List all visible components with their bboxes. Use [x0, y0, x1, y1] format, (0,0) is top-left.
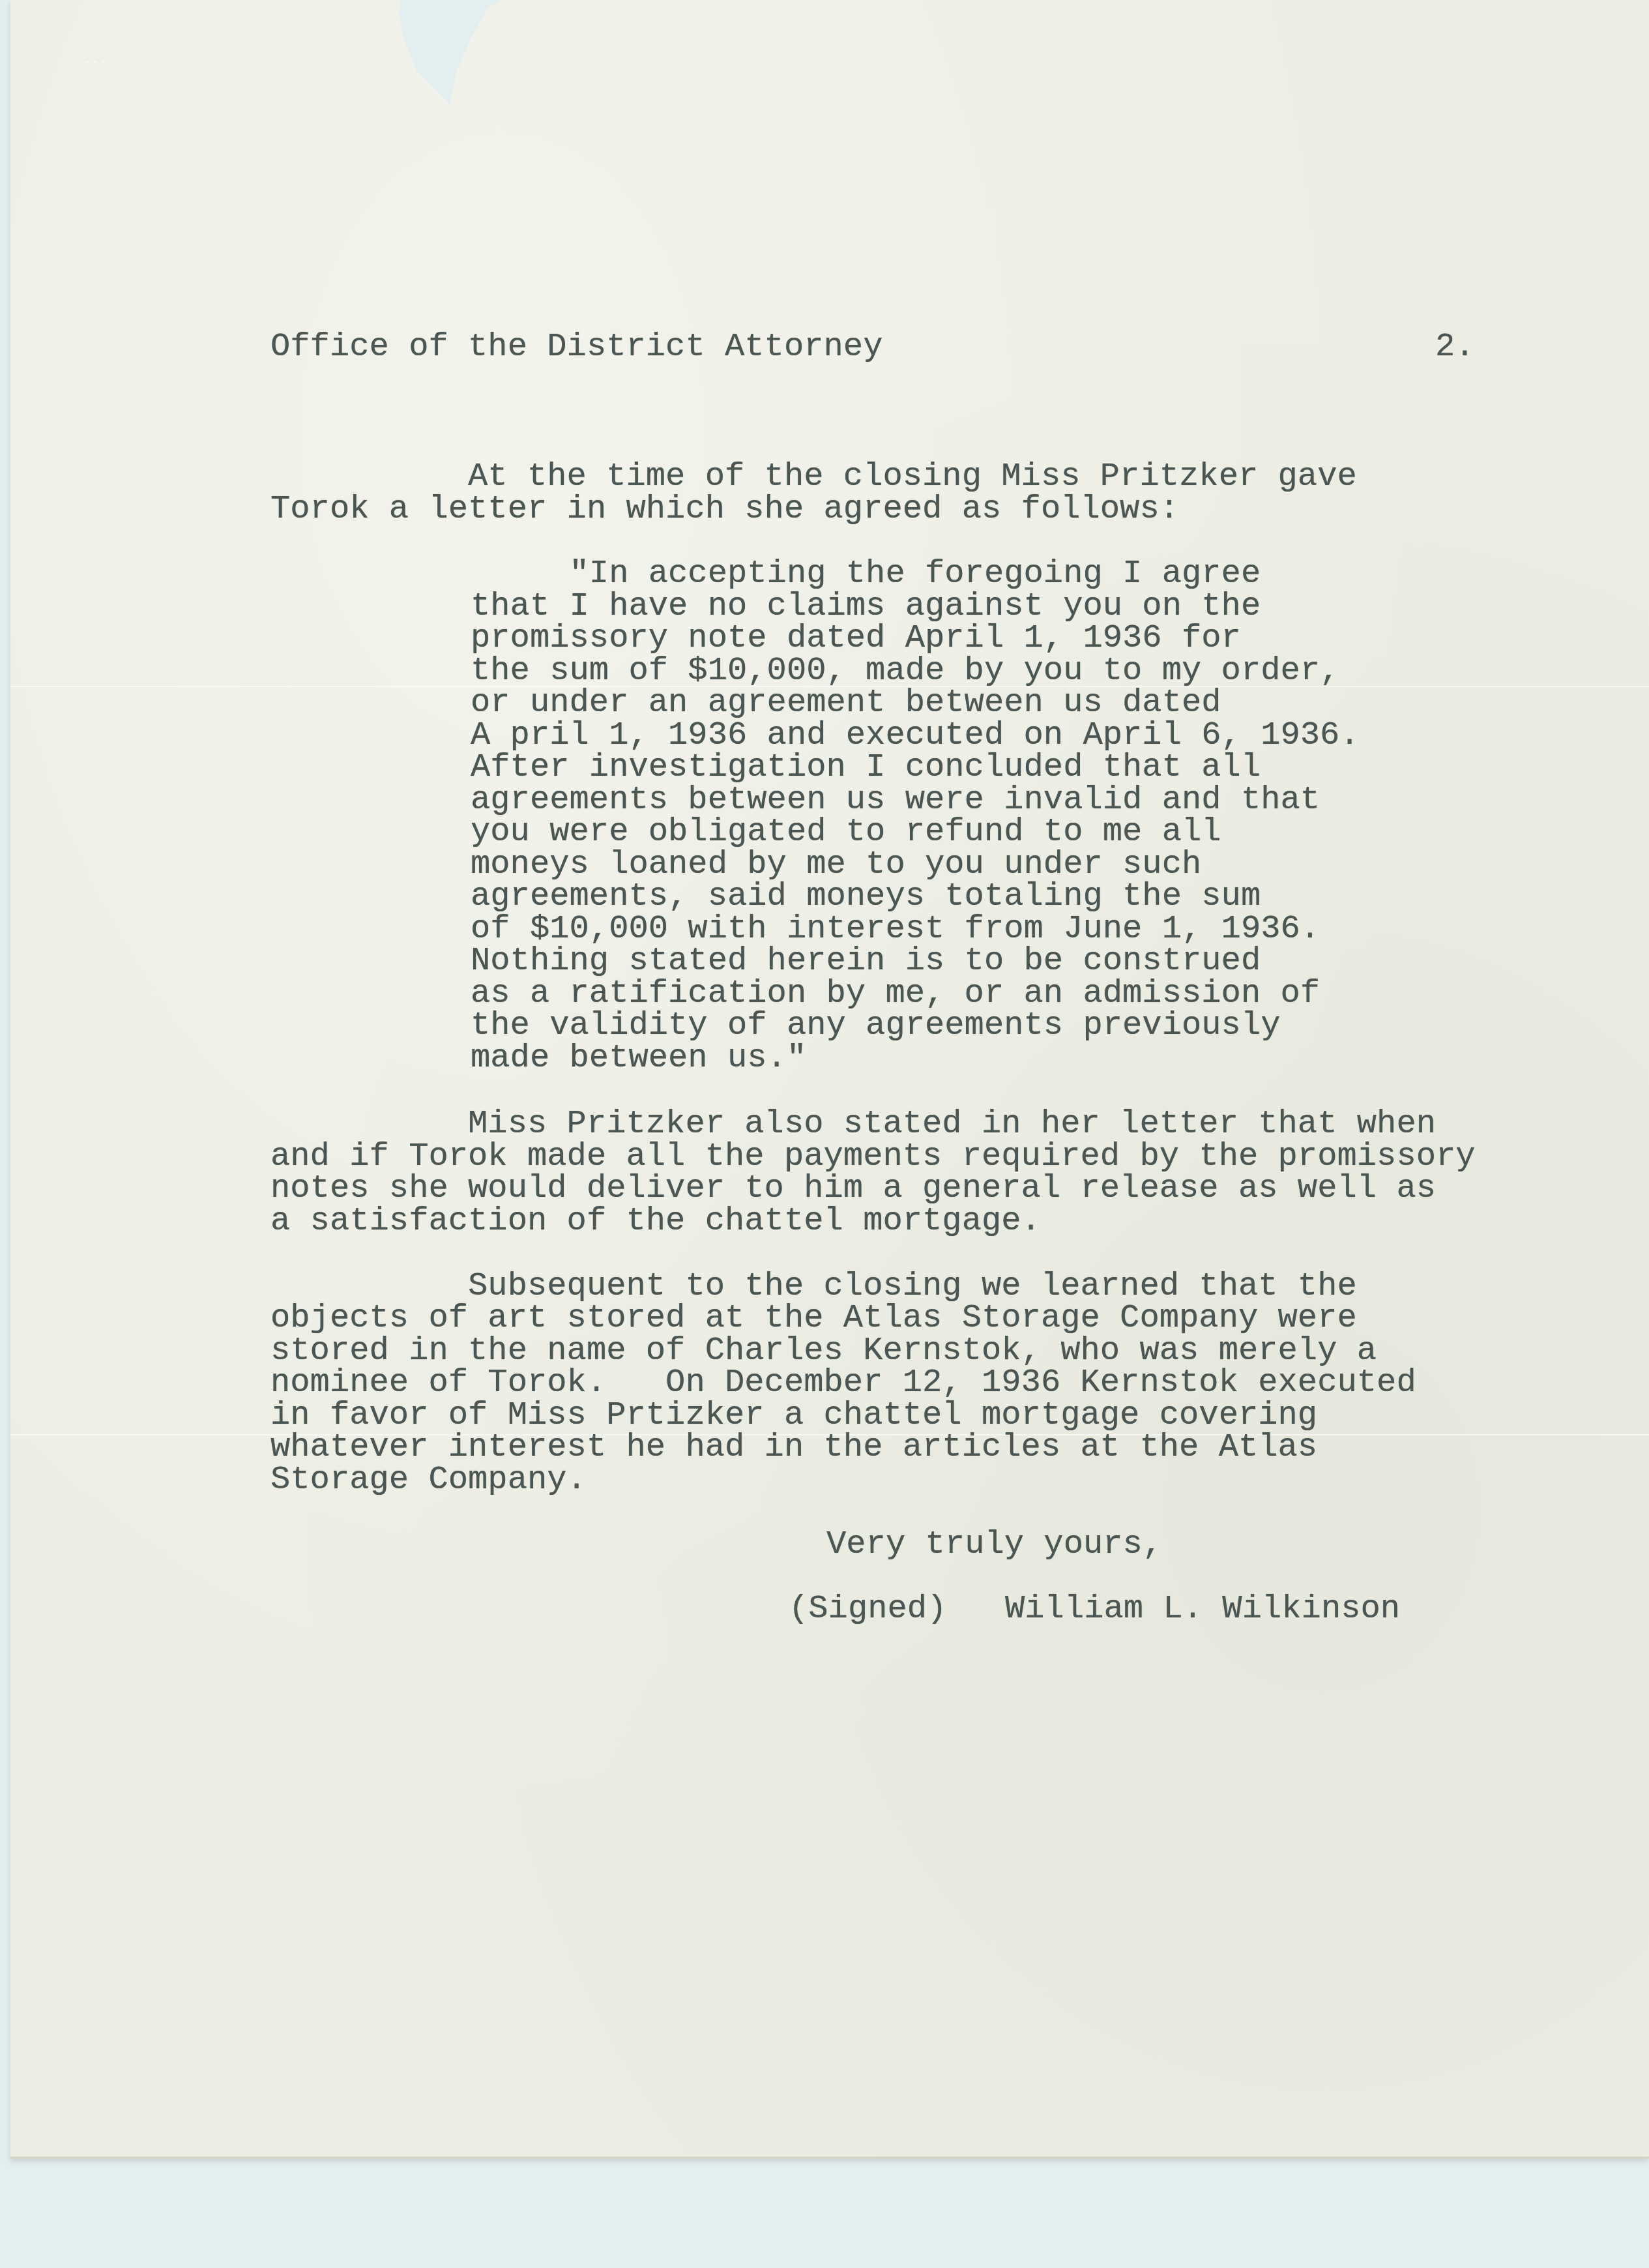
- quotation-line: "In accepting the foregoing I agree: [471, 558, 1261, 591]
- quotation-line: moneys loaned by me to you under such: [471, 849, 1201, 881]
- paragraph-2-line: Miss Pritzker also stated in her letter …: [270, 1108, 1436, 1141]
- signatory-name: William L. Wilkinson: [1005, 1593, 1400, 1626]
- paragraph-2-line: and if Torok made all the payments requi…: [270, 1141, 1476, 1173]
- quotation-line: the sum of $10,000, made by you to my or…: [471, 655, 1339, 688]
- paragraph-1-line: At the time of the closing Miss Pritzker…: [270, 461, 1357, 493]
- quotation-line: A pril 1, 1936 and executed on April 6, …: [471, 720, 1360, 752]
- closing-salutation: Very truly yours,: [826, 1529, 1162, 1561]
- paragraph-3-line: nominee of Torok. On December 12, 1936 K…: [270, 1367, 1416, 1400]
- paragraph-3-line: stored in the name of Charles Kernstok, …: [270, 1335, 1377, 1368]
- paragraph-3-line: objects of art stored at the Atlas Stora…: [270, 1303, 1357, 1335]
- paragraph-3-line: Subsequent to the closing we learned tha…: [270, 1271, 1357, 1303]
- quotation-line: the validity of any agreements previousl…: [471, 1010, 1281, 1042]
- paragraph-2-line: a satisfaction of the chattel mortgage.: [270, 1205, 1041, 1238]
- quotation-line: agreements between us were invalid and t…: [471, 784, 1320, 817]
- quotation-line: of $10,000 with interest from June 1, 19…: [471, 913, 1320, 946]
- header-office-title: Office of the District Attorney: [270, 331, 883, 364]
- quotation-line: agreements, said moneys totaling the sum: [471, 881, 1261, 913]
- paper-sheet: [10, 0, 1649, 2158]
- quotation-line: Nothing stated herein is to be construed: [471, 945, 1261, 978]
- quotation-line: or under an agreement between us dated: [471, 687, 1221, 720]
- signed-label: (Signed): [789, 1593, 946, 1626]
- paragraph-3-line: Storage Company.: [270, 1464, 587, 1497]
- quotation-line: that I have no claims against you on the: [471, 591, 1261, 623]
- paragraph-1-line: Torok a letter in which she agreed as fo…: [270, 493, 1179, 526]
- page-number: 2.: [1435, 331, 1475, 364]
- paragraph-2-line: notes she would deliver to him a general…: [270, 1173, 1436, 1205]
- quotation-line: as a ratification by me, or an admission…: [471, 978, 1320, 1010]
- quotation-line: promissory note dated April 1, 1936 for: [471, 623, 1241, 655]
- paragraph-3-line: in favor of Miss Prtizker a chattel mort…: [270, 1400, 1317, 1432]
- quotation-line: After investigation I concluded that all: [471, 752, 1261, 784]
- paragraph-3-line: whatever interest he had in the articles…: [270, 1432, 1317, 1464]
- quotation-line: you were obligated to refund to me all: [471, 816, 1221, 849]
- quotation-line: made between us.": [471, 1042, 806, 1075]
- staple-mark: ˘˘˘: [83, 60, 125, 70]
